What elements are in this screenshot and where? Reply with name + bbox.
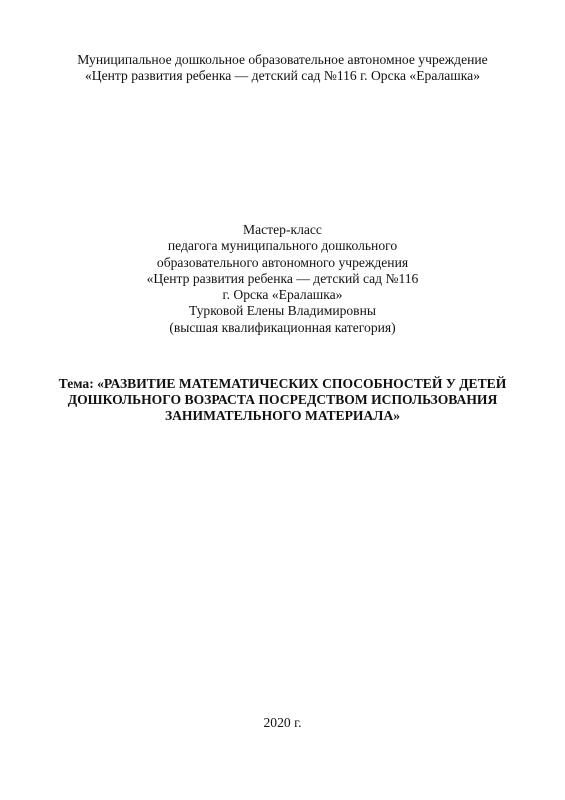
topic-line: Тема: «РАЗВИТИЕ МАТЕМАТИЧЕСКИХ СПОСОБНОС… (0, 376, 565, 392)
topic-line: ДОШКОЛЬНОГО ВОЗРАСТА ПОСРЕДСТВОМ ИСПОЛЬЗ… (0, 392, 565, 408)
org-header-line: Муниципальное дошкольное образовательное… (0, 52, 565, 68)
document-page: Муниципальное дошкольное образовательное… (0, 0, 565, 800)
author-line: г. Орска «Ералашка» (0, 287, 565, 303)
author-line: «Центр развития ребенка — детский сад №1… (0, 271, 565, 287)
year-footer: 2020 г. (0, 715, 565, 731)
author-line: образовательного автономного учреждения (0, 255, 565, 271)
org-header-line: «Центр развития ребенка — детский сад №1… (0, 68, 565, 84)
master-class-title: Мастер-класс (0, 222, 565, 238)
author-category: (высшая квалификационная категория) (0, 320, 565, 336)
master-class-author-block: Мастер-класс педагога муниципального дош… (0, 222, 565, 336)
author-line: педагога муниципального дошкольного (0, 238, 565, 254)
year-text: 2020 г. (0, 715, 565, 731)
topic-line: ЗАНИМАТЕЛЬНОГО МАТЕРИАЛА» (0, 408, 565, 424)
author-name: Турковой Елены Владимировны (0, 303, 565, 319)
topic-heading: Тема: «РАЗВИТИЕ МАТЕМАТИЧЕСКИХ СПОСОБНОС… (0, 376, 565, 424)
organization-header: Муниципальное дошкольное образовательное… (0, 52, 565, 85)
